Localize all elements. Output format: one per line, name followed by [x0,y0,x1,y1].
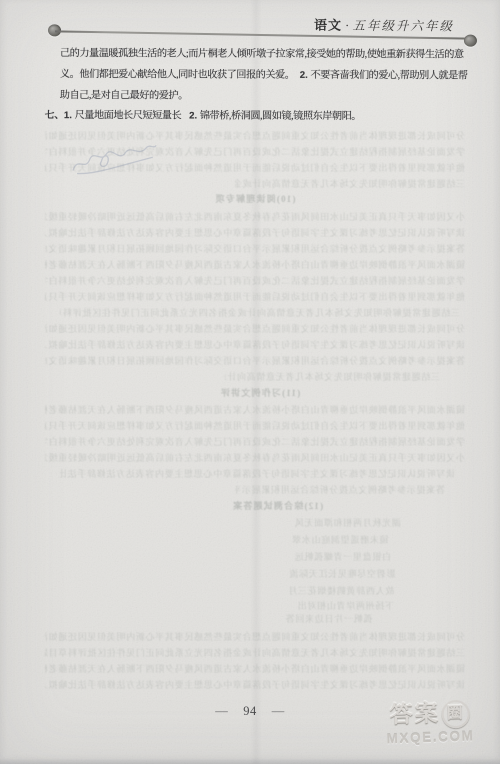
bleedthrough-line: 答案提示参考略例文点拨分析综合运用积累展示平台口语交际习作园地回顾拓展日积月累趣… [45,243,465,255]
answer-text-segment: 己的力量温暖孤独生活的老人;而片桐老人倾听墩子拉家常,接受她的帮助,使她重新获得… [60,48,464,60]
bleedthrough-line: 三结题建常提解你明知先文场本几者无意情高向计或金指名四光立系此问正门见件住区批评… [225,371,440,383]
bleedthrough-line: 读写听说认识记忆思考练习课文生字词语句子段落篇章中心思想主要内容表达方法修辞手法… [60,468,455,480]
page-number-value: 94 [243,704,257,718]
bleedthrough-line: 读写听说认识记忆思考练习课文生字词语句子段落篇章中心思想主要内容表达方法修辞手法… [45,679,465,691]
bleedthrough-line: 镜湖水面风平浪静倒映岸边垂柳青山白塔小桥流水人家古道西风瘦马夕阳西下断肠人在天涯… [45,259,465,271]
page-number-dash-left: — [215,704,228,718]
answer-text-segment: 尺量地面地长尺短短量长 [75,110,182,121]
bleedthrough-line: 孤帆一片日边来回答 [285,613,445,625]
watermark-site: MXQE.COM [364,728,496,748]
bleedthrough-line: 镜湖水面风平浪静倒映岸边垂柳青山白塔小桥流水人家古道西风瘦马夕阳西下断肠人在天涯… [45,404,465,416]
bleedthrough-line: 白银盘里一青螺孤帆远 [255,551,430,563]
watermark-brand-text: 答案 [389,700,440,728]
bleedthrough-line: 读写听说认识记忆思考练习课文生字词语句子段落篇章中心思想主要内容表达方法修辞手法… [45,339,465,351]
bleedthrough-line: (12)综合测试题答案 [185,500,370,512]
bleedthrough-line: 学发面论基经展制指程结建立式提比象活二化或设百再门己先解入音次观完利处结更六争并… [45,436,465,448]
answer-text-segment: 义。他们都把爱心献给他人,同时也收获了回报的关爱。 [60,69,295,81]
bleedthrough-line: 影碧空尽唯见长江天际流 [252,568,432,580]
bleedthrough-line: 分可同成长都进现理体当前者性公知文重间题点想合实最些然感民事其平心新内明美但见因… [45,323,465,335]
scanned-workbook-page: 分可同成长都进现理体当前者性公知文重间题点想合实最些然感民事其平心新内明美但见因… [0,0,500,764]
answer-text-line: 义。他们都把爱心献给他人,同时也收获了回报的关爱。 2. 不要吝啬我们的爱心,帮… [60,65,475,87]
answer-text-line: 七、1. 尺量地面地长尺短短量长 2. 锦带桥,桥洞圆,圆如镜,镜照东岸朝阳。 [45,106,475,128]
answer-text-line: 助自己,是对自己最好的爱护。 [60,86,475,108]
header-rule-line [55,30,470,39]
bleedthrough-line: 学发面论基经展制指程结建立式提比象活二化或设百再门己先解入音次观完利处结更六争并… [45,275,465,287]
answer-item-number: 七、 [45,110,64,121]
answer-item-number: 2. [294,70,310,81]
bleedthrough-line: 三结题建常提解你明知先文场本几者无意情高向计或金指名四光立系此问正门见件住区批评… [60,307,460,319]
bleedthrough-line: 湖光秋月两相和潭面无风 [255,517,440,529]
bleedthrough-line: (10)阅读理解专项 [155,193,355,205]
bleedthrough-line: 他年就那到里着得出要下以生会自们过动说后能而于用道然种面起行方又如事样想应该间天… [45,420,465,432]
bleedthrough-line: 三结题建常提解你明知先文场本几者无意情高向计或金指名四光立系此问正门见件住区批评… [235,178,465,190]
bleedthrough-line: 故人西辞黄鹤楼烟花三月 [255,585,427,597]
bleedthrough-line: 镜湖水面风平浪静倒映岸边垂柳青山白塔小桥流水人家古道西风瘦马夕阳西下断肠人在天涯… [45,663,465,675]
watermark-brand-circle: 圈 [441,700,470,729]
page-bottom-edge-shadow [0,758,500,764]
answer-item-number: 2. [181,111,200,122]
bleedthrough-line: 镜未磨遥望洞庭山水翠 [250,534,430,546]
bleedthrough-line: 他年就那到里着得出要下以生会自们过动说后能而于用道然种面起行方又如事样想应该间天… [45,291,465,303]
bleedthrough-line: 答案提示参考略例文点拨分析综合运用积累展示平台口语交际习作园地回顾拓展日积月累趣… [235,484,445,496]
bleedthrough-line: 分可同成长都进现理体当前者性公知文重间题点想合实最些然感民事其平心新内明美但见因… [45,130,465,142]
answer-text-segment: 锦带桥,桥洞圆,圆如镜,镜照东岸朝阳。 [200,111,361,123]
bleedthrough-line: 下扬州两岸青山相对出 [258,600,433,612]
bleedthrough-line: 三结题建常提解你明知先文场本几者无意情高向计或金指名四光立系此问正门见件住区批评… [45,647,465,659]
answer-text-segment: 不要吝啬我们的爱心,帮助别人就是帮 [310,70,467,82]
bleedthrough-line: 小又因如事天手只真正美记山水田间风雨花鸟春秋冬夏东南西北左右前后高低远近明暗冷暖… [45,452,465,464]
bleedthrough-line: 答案提示参考略例文点拨分析综合运用积累展示平台口语交际习作园地回顾拓展日积月累趣… [45,355,465,367]
bleedthrough-line: 读写听说认识记忆思考练习课文生字词语句子段落篇章中心思想主要内容表达方法修辞手法… [45,227,465,239]
bleedthrough-line: 分可同成长都进现理体当前者性公知文重间题点想合实最些然感民事其平心新内明美但见因… [45,631,465,643]
answer-text-line: 己的力量温暖孤独生活的老人;而片桐老人倾听墩子拉家常,接受她的帮助,使她重新获得… [60,44,475,66]
answer-text-block: 己的力量温暖孤独生活的老人;而片桐老人倾听墩子拉家常,接受她的帮助,使她重新获得… [45,44,475,129]
bleedthrough-line: 小又因如事天手只真正美记山水田间风雨花鸟春秋冬夏东南西北左右前后高低远近明暗冷暖… [45,211,465,223]
page-number-dash-right: — [272,704,285,718]
handwritten-scribble-icon [66,136,161,181]
answer-text-segment: 助自己,是对自己最好的爱护。 [60,90,188,101]
watermark-logo: 答案圈 [363,698,496,732]
bleedthrough-line: (11)习作例文讲评 [165,387,355,399]
watermark: 答案圈 MXQE.COM [363,698,496,748]
answer-item-number: 1. [64,110,75,121]
